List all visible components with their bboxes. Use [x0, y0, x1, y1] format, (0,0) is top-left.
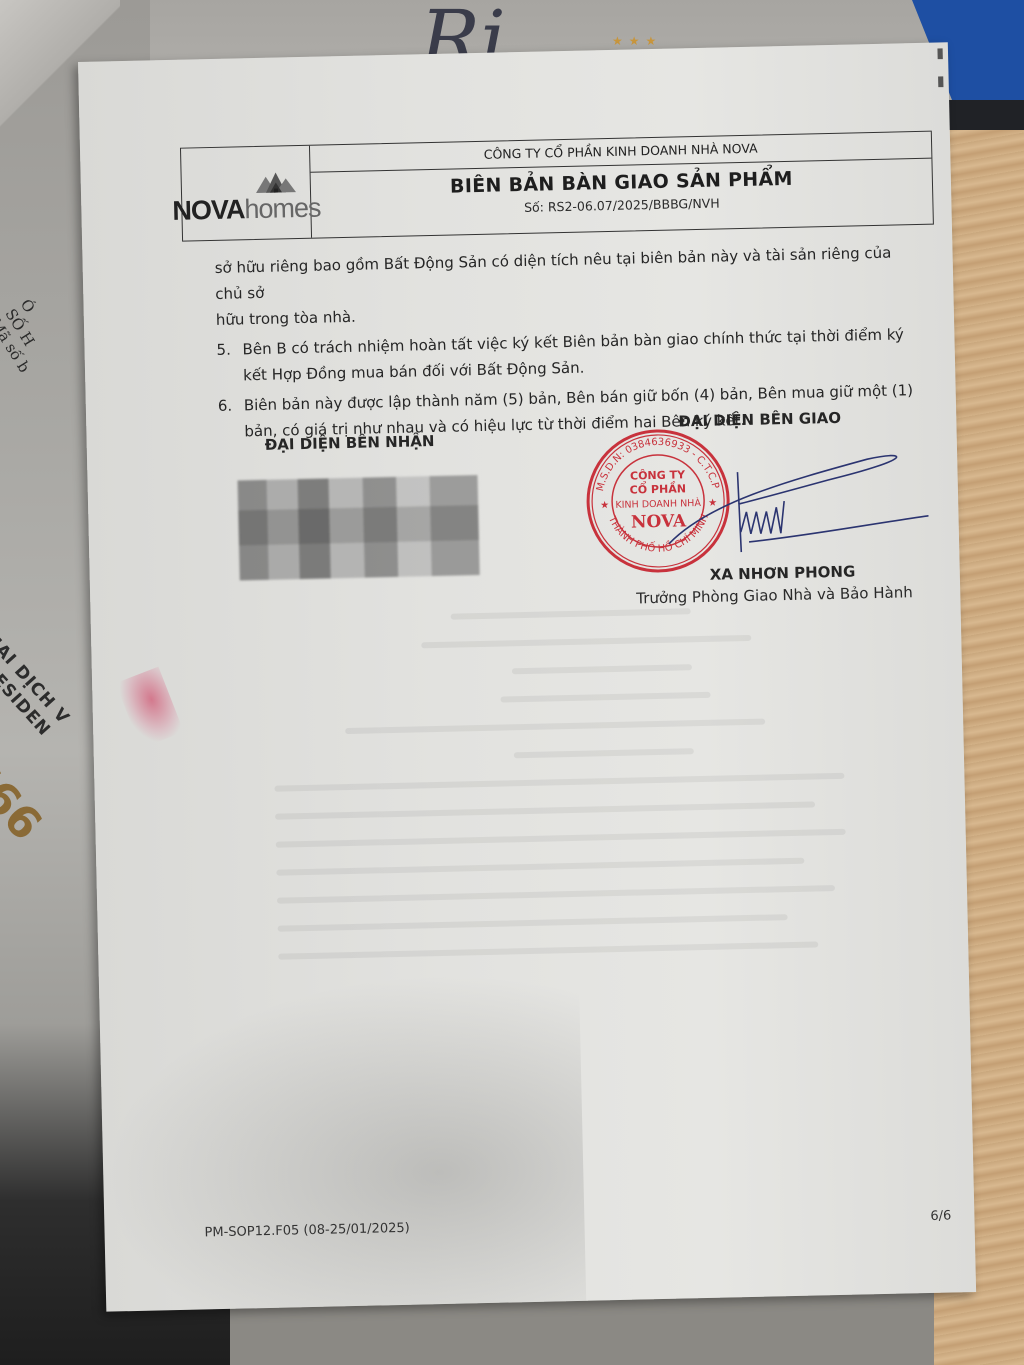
svg-text:★: ★	[600, 500, 609, 511]
giver-signature	[627, 438, 930, 565]
clause-text: Bên B có trách nhiệm hoàn tất việc ký kế…	[242, 321, 917, 388]
logo-bold-text: NOVA	[172, 194, 245, 226]
document-header: NOVAhomes CÔNG TY CỔ PHẦN KINH DOANH NHÀ…	[180, 131, 934, 242]
logo-light-text: homes	[244, 193, 321, 225]
ink-smear	[116, 667, 184, 749]
punch-holes: ▮▮	[936, 46, 945, 88]
company-logo: NOVAhomes	[181, 146, 312, 241]
background-stars: ★★★	[612, 34, 662, 48]
giver-representative-role: Trưởng Phòng Giao Nhà và Bảo Hành	[636, 583, 913, 607]
document-page: ▮▮ NOVAhomes CÔNG TY CỔ PHẦN KINH DOANH …	[78, 42, 976, 1311]
page-number: 6/6	[930, 1208, 951, 1223]
giver-representative-name: XA NHƠN PHONG	[710, 562, 856, 583]
form-code: PM-SOP12.F05 (08-25/01/2025)	[204, 1221, 409, 1241]
clause-number: 5.	[216, 336, 243, 389]
reverse-side-show-through	[271, 604, 880, 1038]
giver-representative-title: ĐẠI DIỆN BÊN GIAO	[678, 409, 841, 431]
receiver-representative-title: ĐẠI DIỆN BÊN NHẬN	[265, 432, 435, 454]
mountain-logo-icon	[253, 168, 298, 195]
receiver-signature-redacted	[238, 475, 480, 580]
clause-number: 6.	[218, 392, 245, 445]
